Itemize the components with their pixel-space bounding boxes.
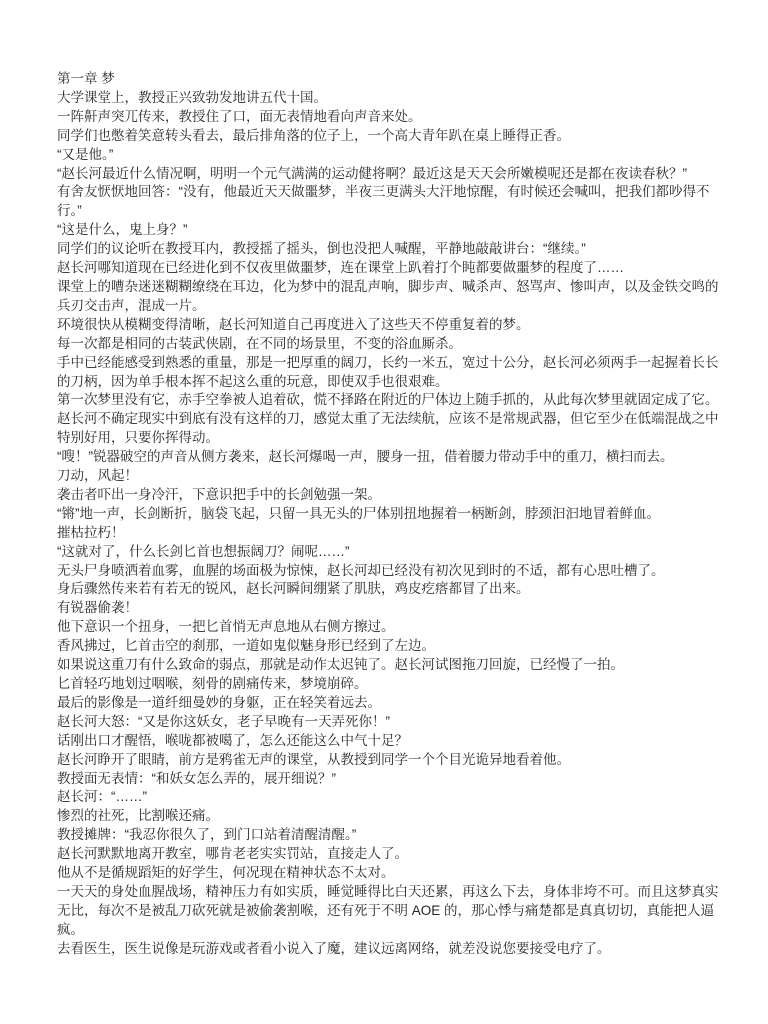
paragraph: 第一次梦里没有它，赤手空拳被人追着砍，慌不择路在附近的尸体边上随手抓的，从此每次… (57, 391, 720, 410)
paragraph: 有锐器偷袭！ (57, 599, 720, 618)
paragraph: 摧枯拉朽！ (57, 524, 720, 543)
paragraph-list: 大学课堂上，教授正兴致勃发地讲五代十国。一阵鼾声突兀传来，教授住了口，面无表情地… (57, 89, 720, 959)
paragraph: “这就对了，什么长剑匕首也想振阔刀？闹呢……” (57, 543, 720, 562)
paragraph: 教授面无表情：“和妖女怎么弄的，展开细说？” (57, 770, 720, 789)
paragraph: 每一次都是相同的古装武侠剧，在不同的场景里，不变的浴血厮杀。 (57, 335, 720, 354)
paragraph: 赵长河默默地离开教室，哪肯老老实实罚站，直接走人了。 (57, 845, 720, 864)
paragraph: 无头尸身喷洒着血雾，血腥的场面极为惊悚，赵长河却已经没有初次见到时的不适，都有心… (57, 562, 720, 581)
paragraph: 如果说这重刀有什么致命的弱点，那就是动作太迟钝了。赵长河试图拖刀回旋，已经慢了一… (57, 656, 720, 675)
paragraph: “锵”地一声，长剑断折，脑袋飞起，只留一具无头的尸体别扭地握着一柄断剑，脖颈汩汩… (57, 505, 720, 524)
paragraph: 他下意识一个扭身，一把匕首悄无声息地从右侧方擦过。 (57, 618, 720, 637)
paragraph: “赵长河最近什么情况啊，明明一个元气满满的运动健将啊？最近这是天天会所嫩模呢还是… (57, 165, 720, 184)
paragraph: 同学们的议论听在教授耳内，教授摇了摇头，倒也没把人喊醒，平静地敲敲讲台：“继续。… (57, 240, 720, 259)
paragraph: 手中已经能感受到熟悉的重量，那是一把厚重的阔刀，长约一米五，宽过十公分，赵长河必… (57, 354, 720, 392)
paragraph: 大学课堂上，教授正兴致勃发地讲五代十国。 (57, 89, 720, 108)
paragraph: 环境很快从模糊变得清晰，赵长河知道自己再度进入了这些天不停重复着的梦。 (57, 316, 720, 335)
paragraph: “又是他。” (57, 146, 720, 165)
paragraph: 惨烈的社死，比割喉还痛。 (57, 807, 720, 826)
paragraph: 有舍友恹恹地回答：“没有，他最近天天做噩梦，半夜三更满头大汗地惊醒，有时候还会喊… (57, 183, 720, 221)
paragraph: 身后骤然传来若有若无的锐风，赵长河瞬间绷紧了肌肤，鸡皮疙瘩都冒了出来。 (57, 580, 720, 599)
paragraph: 赵长河大怒：“又是你这妖女，老子早晚有一天弄死你！” (57, 713, 720, 732)
paragraph: 一天天的身处血腥战场，精神压力有如实质，睡觉睡得比白天还累，再这么下去，身体非垮… (57, 883, 720, 940)
paragraph: 他从不是循规蹈矩的好学生，何况现在精神状态不太对。 (57, 864, 720, 883)
paragraph: 去看医生，医生说像是玩游戏或者看小说入了魔，建议远离网络，就差没说您要接受电疗了… (57, 940, 720, 959)
paragraph: 一阵鼾声突兀传来，教授住了口，面无表情地看向声音来处。 (57, 108, 720, 127)
paragraph: 最后的影像是一道纤细曼妙的身躯，正在轻笑着远去。 (57, 694, 720, 713)
paragraph: “嗖！”锐器破空的声音从侧方袭来，赵长河爆喝一声，腰身一扭，借着腰力带动手中的重… (57, 448, 720, 467)
document-content: 第一章 梦 大学课堂上，教授正兴致勃发地讲五代十国。一阵鼾声突兀传来，教授住了口… (57, 70, 720, 959)
document-page: 第一章 梦 大学课堂上，教授正兴致勃发地讲五代十国。一阵鼾声突兀传来，教授住了口… (0, 0, 768, 1024)
chapter-title: 第一章 梦 (57, 70, 720, 89)
paragraph: 赵长河：“……” (57, 788, 720, 807)
paragraph: “这是什么，鬼上身？” (57, 221, 720, 240)
paragraph: 匕首轻巧地划过咽喉，刻骨的剧痛传来，梦境崩碎。 (57, 675, 720, 694)
paragraph: 刀动，风起！ (57, 467, 720, 486)
paragraph: 袭击者吓出一身冷汗，下意识把手中的长剑勉强一架。 (57, 486, 720, 505)
paragraph: 教授摊牌：“我忍你很久了，到门口站着清醒清醒。” (57, 826, 720, 845)
paragraph: 同学们也憋着笑意转头看去，最后排角落的位子上，一个高大青年趴在桌上睡得正香。 (57, 127, 720, 146)
paragraph: 赵长河不确定现实中到底有没有这样的刀，感觉太重了无法续航，应该不是常规武器，但它… (57, 410, 720, 448)
paragraph: 赵长河哪知道现在已经进化到不仅夜里做噩梦，连在课堂上趴着打个盹都要做噩梦的程度了… (57, 259, 720, 278)
paragraph: 香风拂过，匕首击空的刹那，一道如鬼似魅身形已经到了左边。 (57, 637, 720, 656)
paragraph: 话刚出口才醒悟，喉咙都被噶了，怎么还能这么中气十足？ (57, 732, 720, 751)
paragraph: 赵长河睁开了眼睛，前方是鸦雀无声的课堂，从教授到同学一个个目光诡异地看着他。 (57, 751, 720, 770)
paragraph: 课堂上的嘈杂迷迷糊糊缭绕在耳边，化为梦中的混乱声响，脚步声、喊杀声、怒骂声、惨叫… (57, 278, 720, 316)
